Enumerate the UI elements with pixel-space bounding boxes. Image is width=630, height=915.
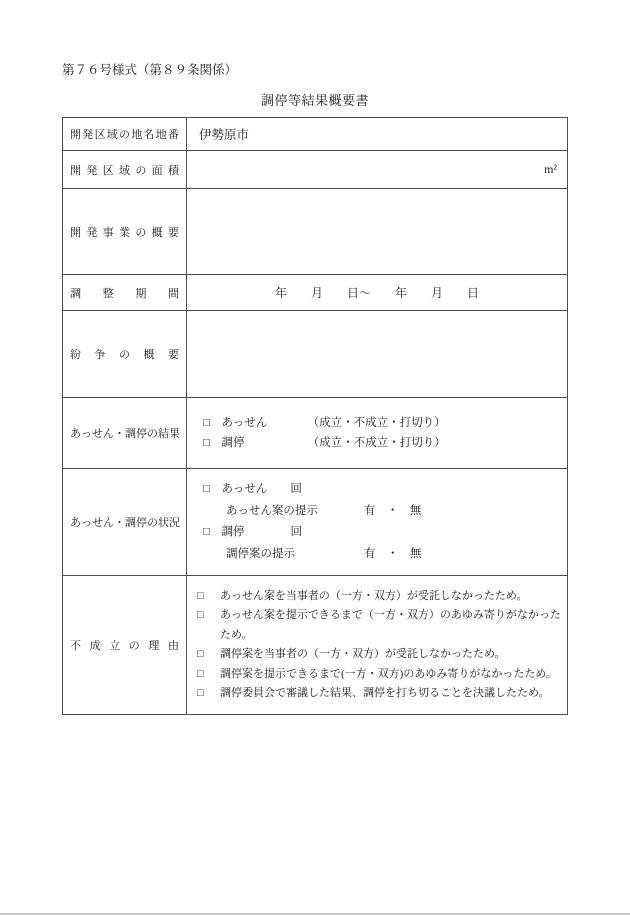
label-reasons: 不成立の理由 [70, 637, 179, 653]
table-row-reasons: 不成立の理由 □ あっせん案を当事者の（一方・双方）が受託しなかったため。 □ … [63, 576, 568, 715]
status-line-chotei-proposal: 調停案の提示 有 ・ 無 [203, 544, 567, 566]
reason-item: □ 調停案を提示できるまで(一方・双方)のあゆみ寄りがなかったため。 [197, 665, 561, 685]
table-row-period: 調整期間 年 月 日〜 年 月 日 [63, 275, 568, 311]
status-line-assen-proposal: あっせん案の提示 有 ・ 無 [203, 501, 567, 523]
checkbox-icon: □ [197, 645, 211, 665]
checkbox-icon: □ [197, 606, 211, 626]
reason-item: □ あっせん案を当事者の（一方・双方）が受託しなかったため。 [197, 587, 561, 607]
result-options-cell: □ あっせん （成立・不成立・打切り） □ 調停 （成立・不成立・打切り） [187, 398, 568, 469]
label-dispute-overview: 紛争の概要 [70, 346, 179, 362]
reason-text: あっせん案を提示できるまで（一方・双方）のあゆみ寄りがなかったため。 [220, 606, 561, 645]
reason-text: 調停案を当事者の（一方・双方）が受託しなかったため。 [220, 645, 561, 665]
checkbox-icon: □ [197, 684, 211, 704]
reason-text: 調停案を提示できるまで(一方・双方)のあゆみ寄りがなかったため。 [220, 665, 561, 685]
reason-item: □ あっせん案を提示できるまで（一方・双方）のあゆみ寄りがなかったため。 [197, 606, 561, 645]
status-options-cell: □ あっせん 回 あっせん案の提示 有 ・ 無 □ 調停 回 調停案の提示 有 … [187, 469, 568, 576]
value-project-overview [187, 189, 568, 275]
reason-item: □ 調停案を当事者の（一方・双方）が受託しなかったため。 [197, 645, 561, 665]
result-option-chotei: □ 調停 （成立・不成立・打切り） [203, 433, 567, 453]
label-location: 開発区域の地名地番 [70, 126, 179, 142]
result-option-assen: □ あっせん （成立・不成立・打切り） [203, 413, 567, 433]
table-row-project-overview: 開発事業の概要 [63, 189, 568, 275]
label-area: 開発区域の面積 [70, 162, 179, 178]
reasons-cell: □ あっせん案を当事者の（一方・双方）が受託しなかったため。 □ あっせん案を提… [187, 576, 568, 715]
table-row-area: 開発区域の面積 m² [63, 151, 568, 189]
summary-table: 開発区域の地名地番 伊勢原市 開発区域の面積 m² 開発事業の概要 調整期間 年… [62, 117, 568, 715]
reason-item: □ 調停委員会で審議した結果、調停を打ち切ることを決議したため。 [197, 684, 561, 704]
status-line-chotei: □ 調停 回 [203, 522, 567, 544]
checkbox-icon: □ [197, 587, 211, 607]
value-dispute-overview [187, 311, 568, 398]
reason-text: あっせん案を当事者の（一方・双方）が受託しなかったため。 [220, 587, 561, 607]
label-result: あっせん・調停の結果 [70, 425, 179, 441]
table-row-dispute-overview: 紛争の概要 [63, 311, 568, 398]
value-area-unit: m² [187, 151, 568, 189]
value-location: 伊勢原市 [187, 118, 568, 151]
table-row-status: あっせん・調停の状況 □ あっせん 回 あっせん案の提示 有 ・ 無 □ 調停 … [63, 469, 568, 576]
value-period: 年 月 日〜 年 月 日 [187, 275, 568, 311]
label-project-overview: 開発事業の概要 [70, 224, 179, 240]
table-row-location: 開発区域の地名地番 伊勢原市 [63, 118, 568, 151]
checkbox-icon: □ [197, 665, 211, 685]
page-title: 調停等結果概要書 [0, 90, 630, 109]
status-line-assen: □ あっせん 回 [203, 479, 567, 501]
form-number: 第７６号様式（第８９条関係） [62, 62, 237, 79]
label-status: あっせん・調停の状況 [70, 514, 179, 530]
label-period: 調整期間 [70, 285, 179, 301]
reason-text: 調停委員会で審議した結果、調停を打ち切ることを決議したため。 [220, 684, 561, 704]
table-row-result: あっせん・調停の結果 □ あっせん （成立・不成立・打切り） □ 調停 （成立・… [63, 398, 568, 469]
document-page: 第７６号様式（第８９条関係） 調停等結果概要書 開発区域の地名地番 伊勢原市 開… [0, 0, 630, 915]
